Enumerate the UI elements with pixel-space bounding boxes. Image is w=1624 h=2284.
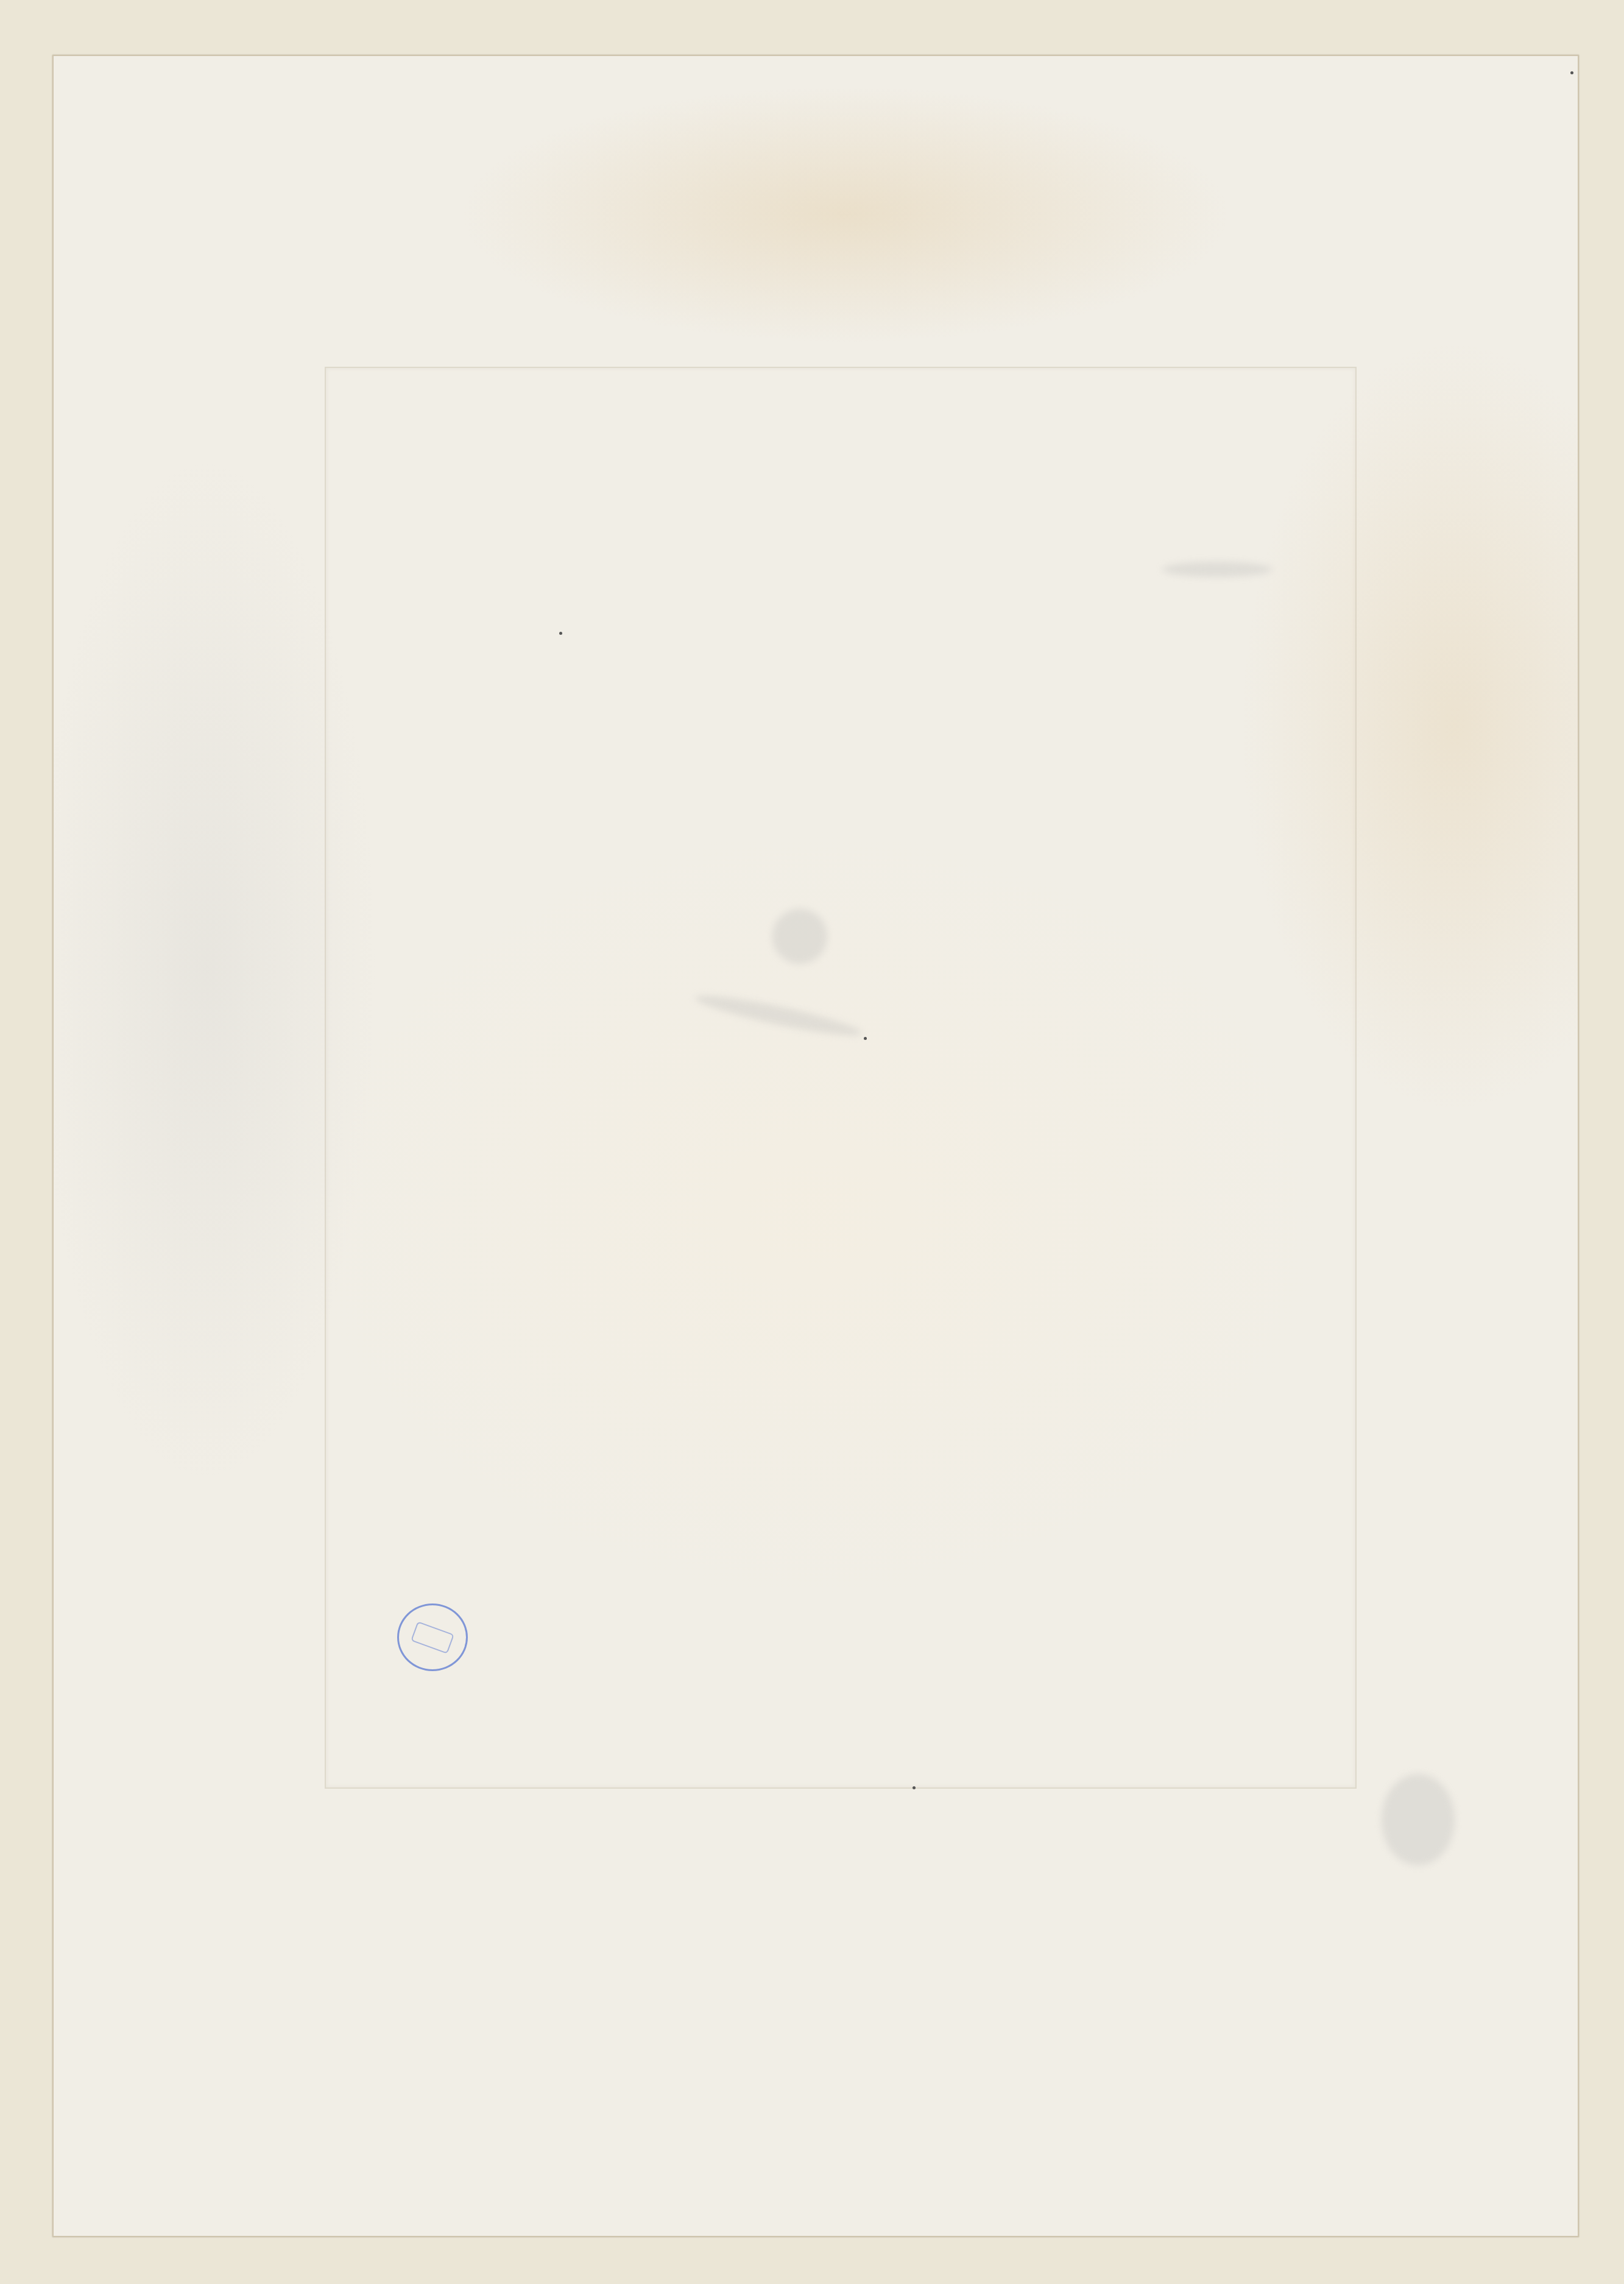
smudge — [1162, 562, 1272, 577]
plate-mark — [325, 367, 1357, 1789]
smudge — [1382, 1774, 1455, 1865]
speck — [864, 1037, 867, 1040]
paper-sheet: GR. BADEN KUPFERSTICH-CABINET — [52, 55, 1579, 2237]
speck — [559, 632, 562, 635]
speck — [1570, 71, 1573, 74]
collector-stamp: GR. BADEN KUPFERSTICH-CABINET — [397, 1603, 468, 1671]
stamp-emblem — [411, 1621, 454, 1654]
smudge — [772, 909, 827, 964]
speck — [913, 1786, 916, 1789]
